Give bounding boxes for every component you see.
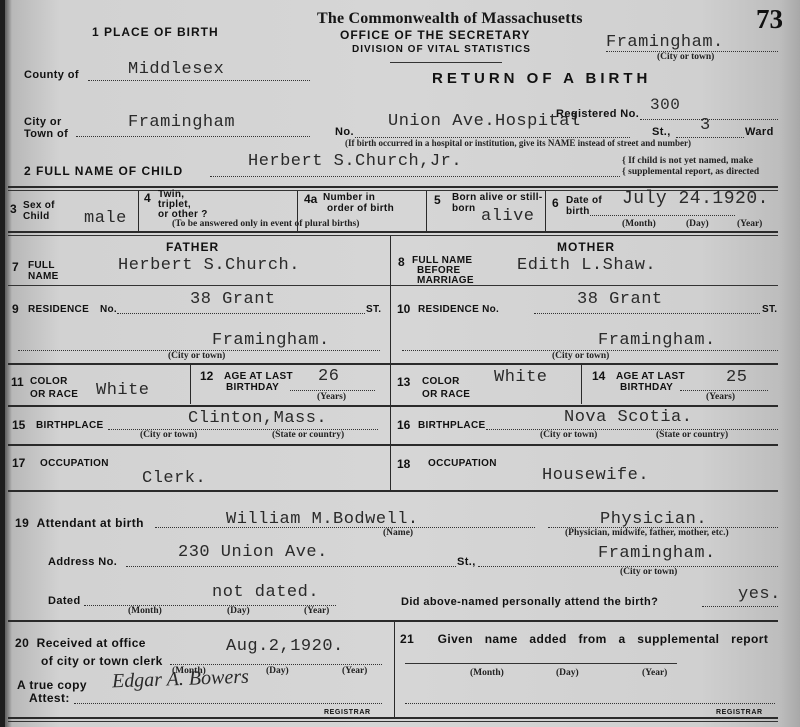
father-residence-no-label: No. — [100, 304, 117, 315]
mother-residence-num: 10 — [397, 302, 410, 316]
office-title: OFFICE OF THE SECRETARY — [340, 28, 530, 42]
father-name-label-line2: NAME — [28, 271, 59, 282]
child-name-label: 2 FULL NAME OF CHILD — [24, 164, 183, 178]
parents-bottom-rule — [8, 490, 778, 492]
received-day-caption: (Day) — [266, 666, 289, 676]
received-label-line2: of city or town clerk — [15, 652, 163, 670]
mother-residence-label: RESIDENCE No. — [418, 304, 499, 315]
father-age-caption: (Years) — [317, 392, 346, 402]
father-residence-st-label: ST. — [366, 304, 381, 315]
note-line2-text: supplemental report, as directed — [628, 167, 759, 177]
dob-value: July 24.1920. — [622, 189, 769, 209]
received-label-line1: 20 Received at office — [15, 634, 163, 652]
attendant-city-value: Framingham. — [598, 544, 716, 563]
father-city-caption: (City or town) — [168, 351, 225, 361]
sex-label-line2: Child — [23, 211, 55, 222]
mother-heading: MOTHER — [557, 240, 615, 254]
order-label-line1: Number in — [323, 192, 394, 203]
header-ornament-rule — [390, 62, 502, 63]
father-heading: FATHER — [166, 240, 219, 254]
mother-residence-line — [534, 313, 760, 314]
mother-color-top-rule — [391, 363, 778, 365]
mother-name-rule — [391, 285, 778, 286]
dated-month-caption: (Month) — [128, 606, 162, 616]
attendant-address-value: 230 Union Ave. — [178, 543, 328, 562]
sex-label-line1: Sex of — [23, 200, 55, 211]
child-name-note-line2: { supplemental report, as directed — [622, 167, 759, 178]
institution-no-label: No. — [335, 126, 354, 138]
child-name-value: Herbert S.Church,Jr. — [248, 152, 462, 171]
dated-day-caption: (Day) — [227, 606, 250, 616]
mother-color-divider — [581, 364, 582, 404]
supplemental-registrar-line — [405, 703, 775, 704]
father-color-num: 11 — [11, 375, 24, 389]
dated-year-caption: (Year) — [304, 606, 329, 616]
attendant-name-caption: (Name) — [383, 528, 413, 538]
attendant-st-label: St., — [457, 556, 476, 568]
street-label: St., — [652, 126, 671, 138]
supplemental-date-line — [405, 663, 677, 664]
institution-value: Union Ave.Hospital — [388, 112, 581, 131]
father-birthplace-state-caption: (State or country) — [272, 430, 344, 440]
attendant-address-line — [126, 566, 456, 567]
father-color-label: COLOR OR RACE — [30, 375, 78, 401]
mother-age-value: 25 — [726, 368, 747, 387]
dated-line — [84, 605, 336, 606]
form-title: RETURN OF A BIRTH — [432, 70, 651, 87]
mother-residence-city: Framingham. — [598, 331, 716, 350]
attend-answer: yes. — [738, 585, 781, 604]
county-value: Middlesex — [128, 60, 224, 79]
attend-question: Did above-named personally attend the bi… — [401, 596, 658, 608]
father-occupation-top-rule — [8, 444, 390, 446]
institution-note: (If birth occurred in a hospital or inst… — [345, 138, 691, 148]
city-label-line1: City or — [24, 116, 68, 128]
dob-num: 6 — [552, 196, 559, 210]
father-occupation-label: OCCUPATION — [40, 458, 109, 469]
mother-residence-street: 38 Grant — [577, 290, 663, 309]
father-birthplace-value: Clinton,Mass. — [188, 409, 327, 428]
attendant-role-caption: (Physician, midwife, father, mother, etc… — [565, 528, 729, 538]
mother-birthplace-num: 16 — [397, 418, 410, 432]
row3-divider-4 — [545, 191, 546, 231]
row3-top-rule — [8, 186, 778, 188]
supplemental-label: 21 Given name added from a supplemental … — [400, 632, 768, 646]
mother-birthplace-label: BIRTHPLACE — [418, 420, 485, 431]
mother-name-num: 8 — [398, 255, 405, 269]
father-residence-num: 9 — [12, 302, 19, 316]
born-label-line1: Born alive or still- — [452, 192, 542, 203]
birth-certificate-document: 1 PLACE OF BIRTH The Commonwealth of Mas… — [0, 0, 800, 727]
mother-city-caption: (City or town) — [552, 351, 609, 361]
dob-month-caption: (Month) — [622, 219, 656, 229]
father-birthplace-label: BIRTHPLACE — [36, 420, 103, 431]
attendant-address-label: Address No. — [48, 556, 117, 568]
dob-year-caption: (Year) — [737, 219, 762, 229]
father-age-label: AGE AT LAST BIRTHDAY — [224, 371, 293, 393]
father-color-value: White — [96, 381, 150, 400]
mother-residence-st-label: ST. — [762, 304, 777, 315]
ward-label: Ward — [745, 126, 774, 138]
mother-occupation-num: 18 — [397, 457, 410, 471]
ward-value: 3 — [700, 116, 711, 135]
father-age-line — [290, 390, 375, 391]
born-num: 5 — [434, 193, 441, 207]
father-name-label: FULL NAME — [28, 260, 59, 282]
mother-age-label-line1: AGE AT LAST — [616, 371, 685, 382]
attendant-num: 19 — [15, 516, 29, 530]
registered-no-value: 300 — [650, 96, 680, 114]
mother-birthplace-state-caption: (State or country) — [656, 430, 728, 440]
mother-age-num: 14 — [592, 369, 605, 383]
attest-line — [74, 703, 382, 704]
city-value: Framingham — [128, 113, 235, 132]
sex-value: male — [84, 209, 127, 228]
received-date-value: Aug.2,1920. — [226, 637, 344, 656]
attendant-label-text: Attendant at birth — [37, 516, 144, 530]
father-age-label-line2: BIRTHDAY — [224, 382, 293, 393]
mother-color-label-line2: OR RACE — [422, 388, 470, 401]
bottom-rule-2 — [8, 721, 778, 722]
father-residence-street: 38 Grant — [190, 290, 276, 309]
dob-line — [590, 215, 735, 216]
page-number: 73 — [756, 4, 783, 35]
ward-line — [676, 137, 744, 138]
true-copy-label: A true copy Attest: — [17, 679, 87, 705]
attendant-city-caption: (City or town) — [620, 567, 677, 577]
father-birthplace-num: 15 — [12, 418, 25, 432]
twin-num: 4 — [144, 191, 151, 205]
supplemental-day-caption: (Day) — [556, 668, 579, 678]
supplemental-month-caption: (Month) — [470, 668, 504, 678]
received-num: 20 — [15, 636, 29, 650]
mother-age-label-line2: BIRTHDAY — [616, 382, 685, 393]
mother-color-label-line1: COLOR — [422, 375, 470, 388]
place-of-birth-heading: 1 PLACE OF BIRTH — [92, 25, 219, 39]
father-residence-label: RESIDENCE — [28, 304, 89, 315]
order-label: Number in order of birth — [323, 192, 394, 214]
dob-day-caption: (Day) — [686, 219, 709, 229]
child-name-note: { If child is not yet named, make { supp… — [622, 156, 759, 178]
row3-divider-1 — [138, 191, 139, 231]
mother-birthplace-city-caption: (City or town) — [540, 430, 597, 440]
father-color-divider — [190, 364, 191, 404]
father-color-top-rule — [8, 363, 390, 365]
father-name-rule — [8, 285, 390, 286]
mother-age-line — [680, 390, 768, 391]
mother-birthplace-top-rule — [391, 405, 778, 407]
mother-occupation-value: Housewife. — [542, 466, 649, 485]
mother-color-label: COLOR OR RACE — [422, 375, 470, 401]
mother-birthplace-value: Nova Scotia. — [564, 408, 692, 427]
left-binding-edge — [0, 0, 5, 727]
mother-occupation-top-rule — [391, 444, 778, 446]
twin-label: Twin, triplet, or other ? — [158, 190, 208, 220]
mother-age-label: AGE AT LAST BIRTHDAY — [616, 371, 685, 393]
dob-label: Date of birth — [566, 195, 602, 217]
header-city-caption: (City or town) — [657, 52, 714, 62]
received-date-line — [170, 664, 382, 665]
mother-color-value: White — [494, 368, 548, 387]
sex-num: 3 — [10, 202, 17, 216]
received-label: 20 Received at office of city or town cl… — [15, 634, 163, 670]
sex-label: Sex of Child — [23, 200, 55, 222]
city-label: City or Town of — [24, 116, 68, 140]
city-label-line2: Town of — [24, 128, 68, 140]
twin-note: (To be answered only in event of plural … — [172, 219, 359, 229]
commonwealth-title: The Commonwealth of Massachusetts — [317, 10, 583, 28]
father-residence-city: Framingham. — [212, 331, 330, 350]
father-birthplace-top-rule — [8, 405, 390, 407]
supplemental-label-text: Given name added from a supplemental rep… — [438, 632, 769, 646]
attend-answer-line — [702, 606, 778, 607]
received-year-caption: (Year) — [342, 666, 367, 676]
county-label: County of — [24, 69, 79, 81]
order-label-line2: order of birth — [323, 203, 394, 214]
dated-value: not dated. — [212, 583, 319, 602]
mother-occupation-label: OCCUPATION — [428, 458, 497, 469]
father-occupation-value: Clerk. — [142, 469, 206, 488]
attendant-bottom-rule — [8, 620, 778, 622]
dated-label: Dated — [48, 595, 81, 607]
order-num: 4a — [304, 192, 317, 206]
child-name-note-line1: { If child is not yet named, make — [622, 156, 759, 167]
header-city-value: Framingham. — [606, 33, 724, 52]
attendant-label: 19 Attendant at birth — [15, 516, 144, 530]
mother-name-label: FULL NAME BEFORE MARRIAGE — [412, 256, 474, 286]
father-name-label-line1: FULL — [28, 260, 59, 271]
father-residence-line — [117, 313, 365, 314]
mother-age-caption: (Years) — [706, 392, 735, 402]
city-line — [76, 136, 310, 137]
father-color-label-line2: OR RACE — [30, 388, 78, 401]
row3-bottom-rule-2 — [8, 235, 778, 236]
attendant-role-value: Physician. — [600, 510, 707, 529]
father-color-label-line1: COLOR — [30, 375, 78, 388]
supplemental-num: 21 — [400, 632, 414, 646]
child-name-line — [210, 176, 620, 177]
supplemental-year-caption: (Year) — [642, 668, 667, 678]
born-value: alive — [481, 207, 535, 226]
bottom-rule — [8, 717, 778, 719]
registrar-signature: Edgar A. Bowers — [112, 666, 250, 694]
father-age-value: 26 — [318, 367, 339, 386]
father-occupation-num: 17 — [12, 456, 25, 470]
registered-no-label: Registered No. — [556, 108, 639, 120]
dob-label-line1: Date of — [566, 195, 602, 206]
attendant-name-value: William M.Bodwell. — [226, 510, 419, 529]
row3-bottom-rule — [8, 231, 778, 233]
division-title: DIVISION OF VITAL STATISTICS — [352, 44, 531, 55]
received-label-line1-text: Received at office — [37, 636, 146, 650]
mother-color-num: 13 — [397, 375, 410, 389]
county-line — [88, 80, 310, 81]
father-name-value: Herbert S.Church. — [118, 256, 300, 275]
mother-name-value: Edith L.Shaw. — [517, 256, 656, 275]
row3-divider-3 — [426, 191, 427, 231]
received-divider — [394, 622, 395, 718]
father-age-num: 12 — [200, 369, 213, 383]
father-age-label-line1: AGE AT LAST — [224, 371, 293, 382]
mother-birthplace-line — [486, 429, 778, 430]
note-line1-text: If child is not yet named, make — [628, 156, 753, 166]
father-birthplace-city-caption: (City or town) — [140, 430, 197, 440]
father-name-num: 7 — [12, 260, 19, 274]
